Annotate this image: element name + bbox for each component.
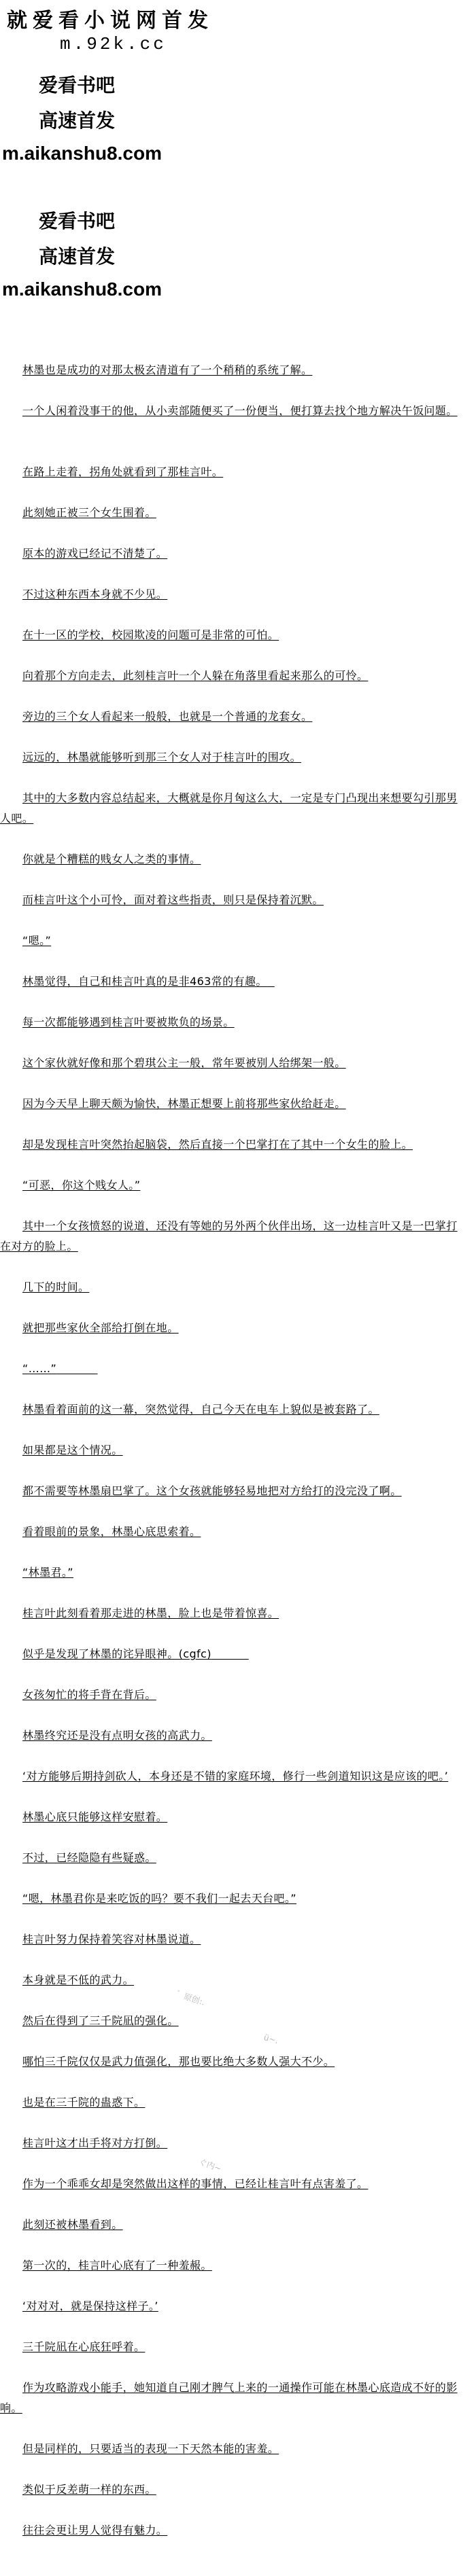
paragraph: 其中一个女孩愤怒的说道，还没有等她的另外两个伙伴出场，这一边桂言叶又是一巴掌打在… [0,1216,462,1257]
paragraph: 林墨心底只能够这样安慰着。 [0,1807,462,1827]
underline-tail [211,1647,249,1660]
paragraph: 女孩匆忙的将手背在背后。 [0,1685,462,1705]
paragraph: 桂言叶这才出手将对方打倒。 [0,2133,462,2153]
paragraph: 林墨也是成功的对那太极玄清道有了一个稍稍的系统了解。 [0,360,462,380]
paragraph: 旁边的三个女人看起来一般般，也就是一个普通的龙套女。 [0,706,462,727]
paragraph: “嗯。” [0,931,462,951]
paragraph: 桂言叶此刻看着那走进的林墨，脸上也是带着惊喜。 [0,1603,462,1624]
paragraph: 往往会更让男人觉得有魅力。 [0,2520,462,2541]
paragraph: 都不需要等林墨扇巴掌了。这个女孩就能够轻易地把对方给打的没完没了啊。 [0,1481,462,1501]
paragraph-text: 林墨觉得，自己和桂言叶真的是非463常的有趣。 [22,975,267,988]
paragraph: 一个人闲着没事干的他，从小卖部随便买了一份便当，便打算去找个地方解决午饭问题。 [0,401,462,421]
underline-tail [267,975,275,988]
promo-block: 爱看书吧 高速首发 m.aikanshu8.com [0,211,218,306]
paragraph: 但是同样的，只要适当的表现一下天然本能的害羞。 [0,2439,462,2459]
paragraph: “……” [0,1359,462,1379]
paragraph: 却是发现桂言叶突然抬起脑袋，然后直接一个巴掌打在了其中一个女生的脸上。 [0,1134,462,1155]
paragraph: 而桂言叶这个小可怜，面对着这些指责，则只是保持着沉默。 [0,890,462,910]
paragraph: “可恶，你这个贱女人。” [0,1175,462,1196]
promo-url: m.aikanshu8.com [2,143,162,164]
paragraph: 在路上走着，拐角处就看到了那桂言叶。 [0,462,462,482]
paragraph: 本身就是不低的武力。 [0,1970,462,1990]
paragraph: 远远的，林墨就能够听到那三个女人对于桂言叶的围攻。 [0,747,462,768]
paragraph: 此刻还被林墨看到。 [0,2215,462,2235]
paragraph: 作为一个乖乖女却是突然做出这样的事情，已经让桂言叶有点害羞了。 [0,2174,462,2194]
paragraph: 三千院凪在心底狂呼着。 [0,2337,462,2357]
site-url: m.92k.cc [60,34,167,54]
paragraph: ‘对方能够后期持剑砍人，本身还是不错的家庭环境，修行一些剑道知识这是应该的吧。’ [0,1766,462,1787]
article-body: 林墨也是成功的对那太极玄清道有了一个稍稍的系统了解。 一个人闲着没事干的他，从小… [0,360,462,2561]
paragraph: 桂言叶努力保持着笑容对林墨说道。 [0,1929,462,1950]
paragraph: 林墨终究还是没有点明女孩的高武力。 [0,1725,462,1746]
paragraph: 这个家伙就好像和那个碧琪公主一般，常年要被别人给绑架一般。 [0,1053,462,1073]
paragraph: 每一次都能够遇到桂言叶要被欺负的场景。 [0,1012,462,1033]
paragraph: 如果都是这个情况。 [0,1440,462,1461]
paragraph-text: “……” [22,1362,56,1375]
paragraph-text: 似乎是发现了林墨的诧异眼神。(cgfc) [22,1647,211,1660]
promo-site-name: 爱看书吧 [39,75,115,96]
paragraph: 作为攻略游戏小能手，她知道自己刚才脾气上来的一通操作可能在林墨心底造成不好的影响… [0,2378,462,2418]
paragraph: 看着眼前的景象，林墨心底思索着。 [0,1522,462,1542]
paragraph: 在十一区的学校，校园欺凌的问题可是非常的可怕。 [0,625,462,645]
promo-slogan: 高速首发 [39,110,115,132]
promo-site-name: 爱看书吧 [39,211,115,232]
paragraph: 不过，已经隐隐有些疑惑。 [0,1848,462,1868]
paragraph: 第一次的，桂言叶心底有了一种羞赧。 [0,2255,462,2276]
paragraph: 林墨看着面前的这一幕，突然觉得，自己今天在电车上貌似是被套路了。 [0,1399,462,1420]
paragraph: 林墨觉得，自己和桂言叶真的是非463常的有趣。 [0,971,462,992]
promo-slogan: 高速首发 [39,246,115,268]
paragraph: 似乎是发现了林墨的诧异眼神。(cgfc) [0,1644,462,1664]
site-title: 就爱看小说网首发 [7,8,214,34]
paragraph: ‘对对对，就是保持这样子。’ [0,2296,462,2316]
paragraph: 哪怕三千院仅仅是武力值强化，那也要比绝大多数人强大不少。 [0,2052,462,2072]
promo-block: 爱看书吧 高速首发 m.aikanshu8.com [0,75,218,170]
promo-url: m.aikanshu8.com [2,279,162,300]
underline-tail [56,1362,97,1375]
paragraph: 就把那些家伙全部给打倒在地。 [0,1318,462,1338]
paragraph: 然后在得到了三千院凪的强化。 [0,2011,462,2031]
paragraph: 向着那个方向走去，此刻桂言叶一个人躲在角落里看起来那么的可怜。 [0,666,462,686]
paragraph: “林墨君。” [0,1562,462,1583]
paragraph: 不过这种东西本身就不少见。 [0,584,462,605]
paragraph: 此刻她正被三个女生围着。 [0,503,462,523]
paragraph: “嗯，林墨君你是来吃饭的吗？要不我们一起去天台吧。” [0,1889,462,1909]
paragraph: 因为今天早上聊天颇为愉快，林墨正想要上前将那些家伙给赶走。 [0,1094,462,1114]
paragraph: 也是在三千院的蛊惑下。 [0,2092,462,2113]
paragraph: 其中的大多数内容总结起来，大概就是你月匈这么大，一定是专门凸现出来想要勾引那男人… [0,788,462,829]
paragraph: 类似于反差萌一样的东西。 [0,2480,462,2500]
paragraph: 几下的时间。 [0,1277,462,1298]
paragraph: 你就是个糟糕的贱女人之类的事情。 [0,849,462,870]
paragraph: 原本的游戏已经记不清楚了。 [0,543,462,564]
